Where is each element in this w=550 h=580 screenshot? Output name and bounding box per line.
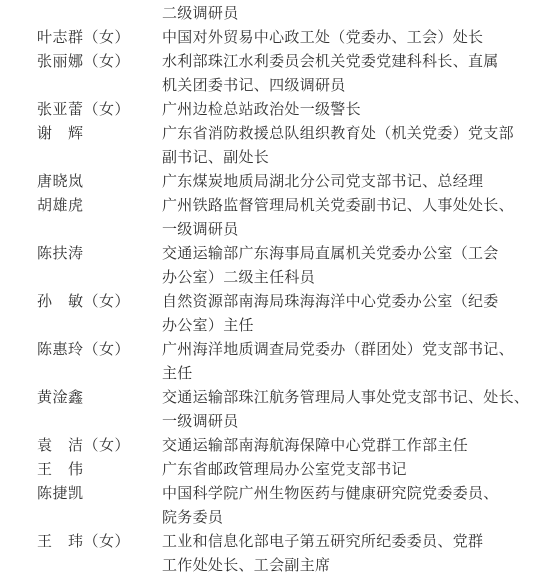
person-name: 张亚蕾（女） xyxy=(37,98,130,122)
person-title-line: 院务委员 xyxy=(162,506,550,530)
person-title-line: 办公室）二级主任科员 xyxy=(162,266,550,290)
person-name: 黄淦鑫 xyxy=(37,386,84,410)
person-title: 工业和信息化部电子第五研究所纪委委员、党群工作处处长、工会副主席 xyxy=(162,530,550,578)
list-item: 陈扶涛交通运输部广东海事局直属机关党委办公室（工会办公室）二级主任科员 xyxy=(0,242,550,290)
list-item: 谢 辉广东省消防救援总队组织教育处（机关党委）党支部副书记、副处长 xyxy=(0,122,550,170)
person-title-line: 副书记、副处长 xyxy=(162,146,550,170)
person-title-line: 广州铁路监督管理局机关党委副书记、人事处处长、 xyxy=(162,194,550,218)
person-name: 张丽娜（女） xyxy=(37,50,130,74)
person-title-line: 中国科学院广州生物医药与健康研究院党委委员、 xyxy=(162,482,550,506)
person-title-line: 广东煤炭地质局湖北分公司党支部书记、总经理 xyxy=(162,170,550,194)
person-title-line: 二级调研员 xyxy=(162,2,550,26)
list-item: 王 玮（女）工业和信息化部电子第五研究所纪委委员、党群工作处处长、工会副主席 xyxy=(0,530,550,578)
person-title-line: 一级调研员 xyxy=(162,218,550,242)
person-name: 袁 洁（女） xyxy=(37,434,130,458)
person-name: 陈惠玲（女） xyxy=(37,338,130,362)
list-item: 胡雄虎广州铁路监督管理局机关党委副书记、人事处处长、一级调研员 xyxy=(0,194,550,242)
person-title-line: 机关团委书记、四级调研员 xyxy=(162,74,550,98)
person-title-line: 交通运输部广东海事局直属机关党委办公室（工会 xyxy=(162,242,550,266)
person-title: 广州铁路监督管理局机关党委副书记、人事处处长、一级调研员 xyxy=(162,194,550,242)
list-item: 二级调研员 xyxy=(0,2,550,26)
person-title: 交通运输部珠江航务管理局人事处党支部书记、处长、一级调研员 xyxy=(162,386,550,434)
person-title: 广州海洋地质调查局党委办（群团处）党支部书记、主任 xyxy=(162,338,550,386)
person-title: 广东省消防救援总队组织教育处（机关党委）党支部副书记、副处长 xyxy=(162,122,550,170)
person-title-line: 工业和信息化部电子第五研究所纪委委员、党群 xyxy=(162,530,550,554)
person-title-line: 广东省消防救援总队组织教育处（机关党委）党支部 xyxy=(162,122,550,146)
person-name: 孙 敏（女） xyxy=(37,290,130,314)
person-title: 水利部珠江水利委员会机关党委党建科科长、直属机关团委书记、四级调研员 xyxy=(162,50,550,98)
person-title: 广东煤炭地质局湖北分公司党支部书记、总经理 xyxy=(162,170,550,194)
list-item: 王 伟广东省邮政管理局办公室党支部书记 xyxy=(0,458,550,482)
person-title-line: 办公室）主任 xyxy=(162,314,550,338)
person-title: 交通运输部南海航海保障中心党群工作部主任 xyxy=(162,434,550,458)
person-title: 二级调研员 xyxy=(162,2,550,26)
person-name: 胡雄虎 xyxy=(37,194,84,218)
list-item: 孙 敏（女）自然资源部南海局珠海海洋中心党委办公室（纪委办公室）主任 xyxy=(0,290,550,338)
person-title-line: 自然资源部南海局珠海海洋中心党委办公室（纪委 xyxy=(162,290,550,314)
person-name: 谢 辉 xyxy=(37,122,84,146)
list-item: 张亚蕾（女）广州边检总站政治处一级警长 xyxy=(0,98,550,122)
person-name: 陈捷凯 xyxy=(37,482,84,506)
person-title: 广州边检总站政治处一级警长 xyxy=(162,98,550,122)
document-page: 二级调研员叶志群（女）中国对外贸易中心政工处（党委办、工会）处长张丽娜（女）水利… xyxy=(0,0,550,580)
person-title: 自然资源部南海局珠海海洋中心党委办公室（纪委办公室）主任 xyxy=(162,290,550,338)
person-title-line: 交通运输部南海航海保障中心党群工作部主任 xyxy=(162,434,550,458)
list-item: 张丽娜（女）水利部珠江水利委员会机关党委党建科科长、直属机关团委书记、四级调研员 xyxy=(0,50,550,98)
person-title-line: 一级调研员 xyxy=(162,410,550,434)
list-item: 陈捷凯中国科学院广州生物医药与健康研究院党委委员、院务委员 xyxy=(0,482,550,530)
person-title-line: 工作处处长、工会副主席 xyxy=(162,554,550,578)
person-name: 王 玮（女） xyxy=(37,530,130,554)
person-title: 中国科学院广州生物医药与健康研究院党委委员、院务委员 xyxy=(162,482,550,530)
person-title-line: 广东省邮政管理局办公室党支部书记 xyxy=(162,458,550,482)
person-title-line: 广州海洋地质调查局党委办（群团处）党支部书记、 xyxy=(162,338,550,362)
list-item: 唐晓岚广东煤炭地质局湖北分公司党支部书记、总经理 xyxy=(0,170,550,194)
person-title-line: 中国对外贸易中心政工处（党委办、工会）处长 xyxy=(162,26,550,50)
person-name: 叶志群（女） xyxy=(37,26,130,50)
person-title: 交通运输部广东海事局直属机关党委办公室（工会办公室）二级主任科员 xyxy=(162,242,550,290)
person-title-line: 水利部珠江水利委员会机关党委党建科科长、直属 xyxy=(162,50,550,74)
list-item: 黄淦鑫交通运输部珠江航务管理局人事处党支部书记、处长、一级调研员 xyxy=(0,386,550,434)
person-name: 唐晓岚 xyxy=(37,170,84,194)
person-name: 陈扶涛 xyxy=(37,242,84,266)
person-title-line: 交通运输部珠江航务管理局人事处党支部书记、处长、 xyxy=(162,386,550,410)
list-item: 陈惠玲（女）广州海洋地质调查局党委办（群团处）党支部书记、主任 xyxy=(0,338,550,386)
person-title-line: 主任 xyxy=(162,362,550,386)
commendation-list: 二级调研员叶志群（女）中国对外贸易中心政工处（党委办、工会）处长张丽娜（女）水利… xyxy=(0,2,550,578)
person-title-line: 广州边检总站政治处一级警长 xyxy=(162,98,550,122)
person-name: 王 伟 xyxy=(37,458,84,482)
list-item: 袁 洁（女）交通运输部南海航海保障中心党群工作部主任 xyxy=(0,434,550,458)
person-title: 中国对外贸易中心政工处（党委办、工会）处长 xyxy=(162,26,550,50)
list-item: 叶志群（女）中国对外贸易中心政工处（党委办、工会）处长 xyxy=(0,26,550,50)
person-title: 广东省邮政管理局办公室党支部书记 xyxy=(162,458,550,482)
